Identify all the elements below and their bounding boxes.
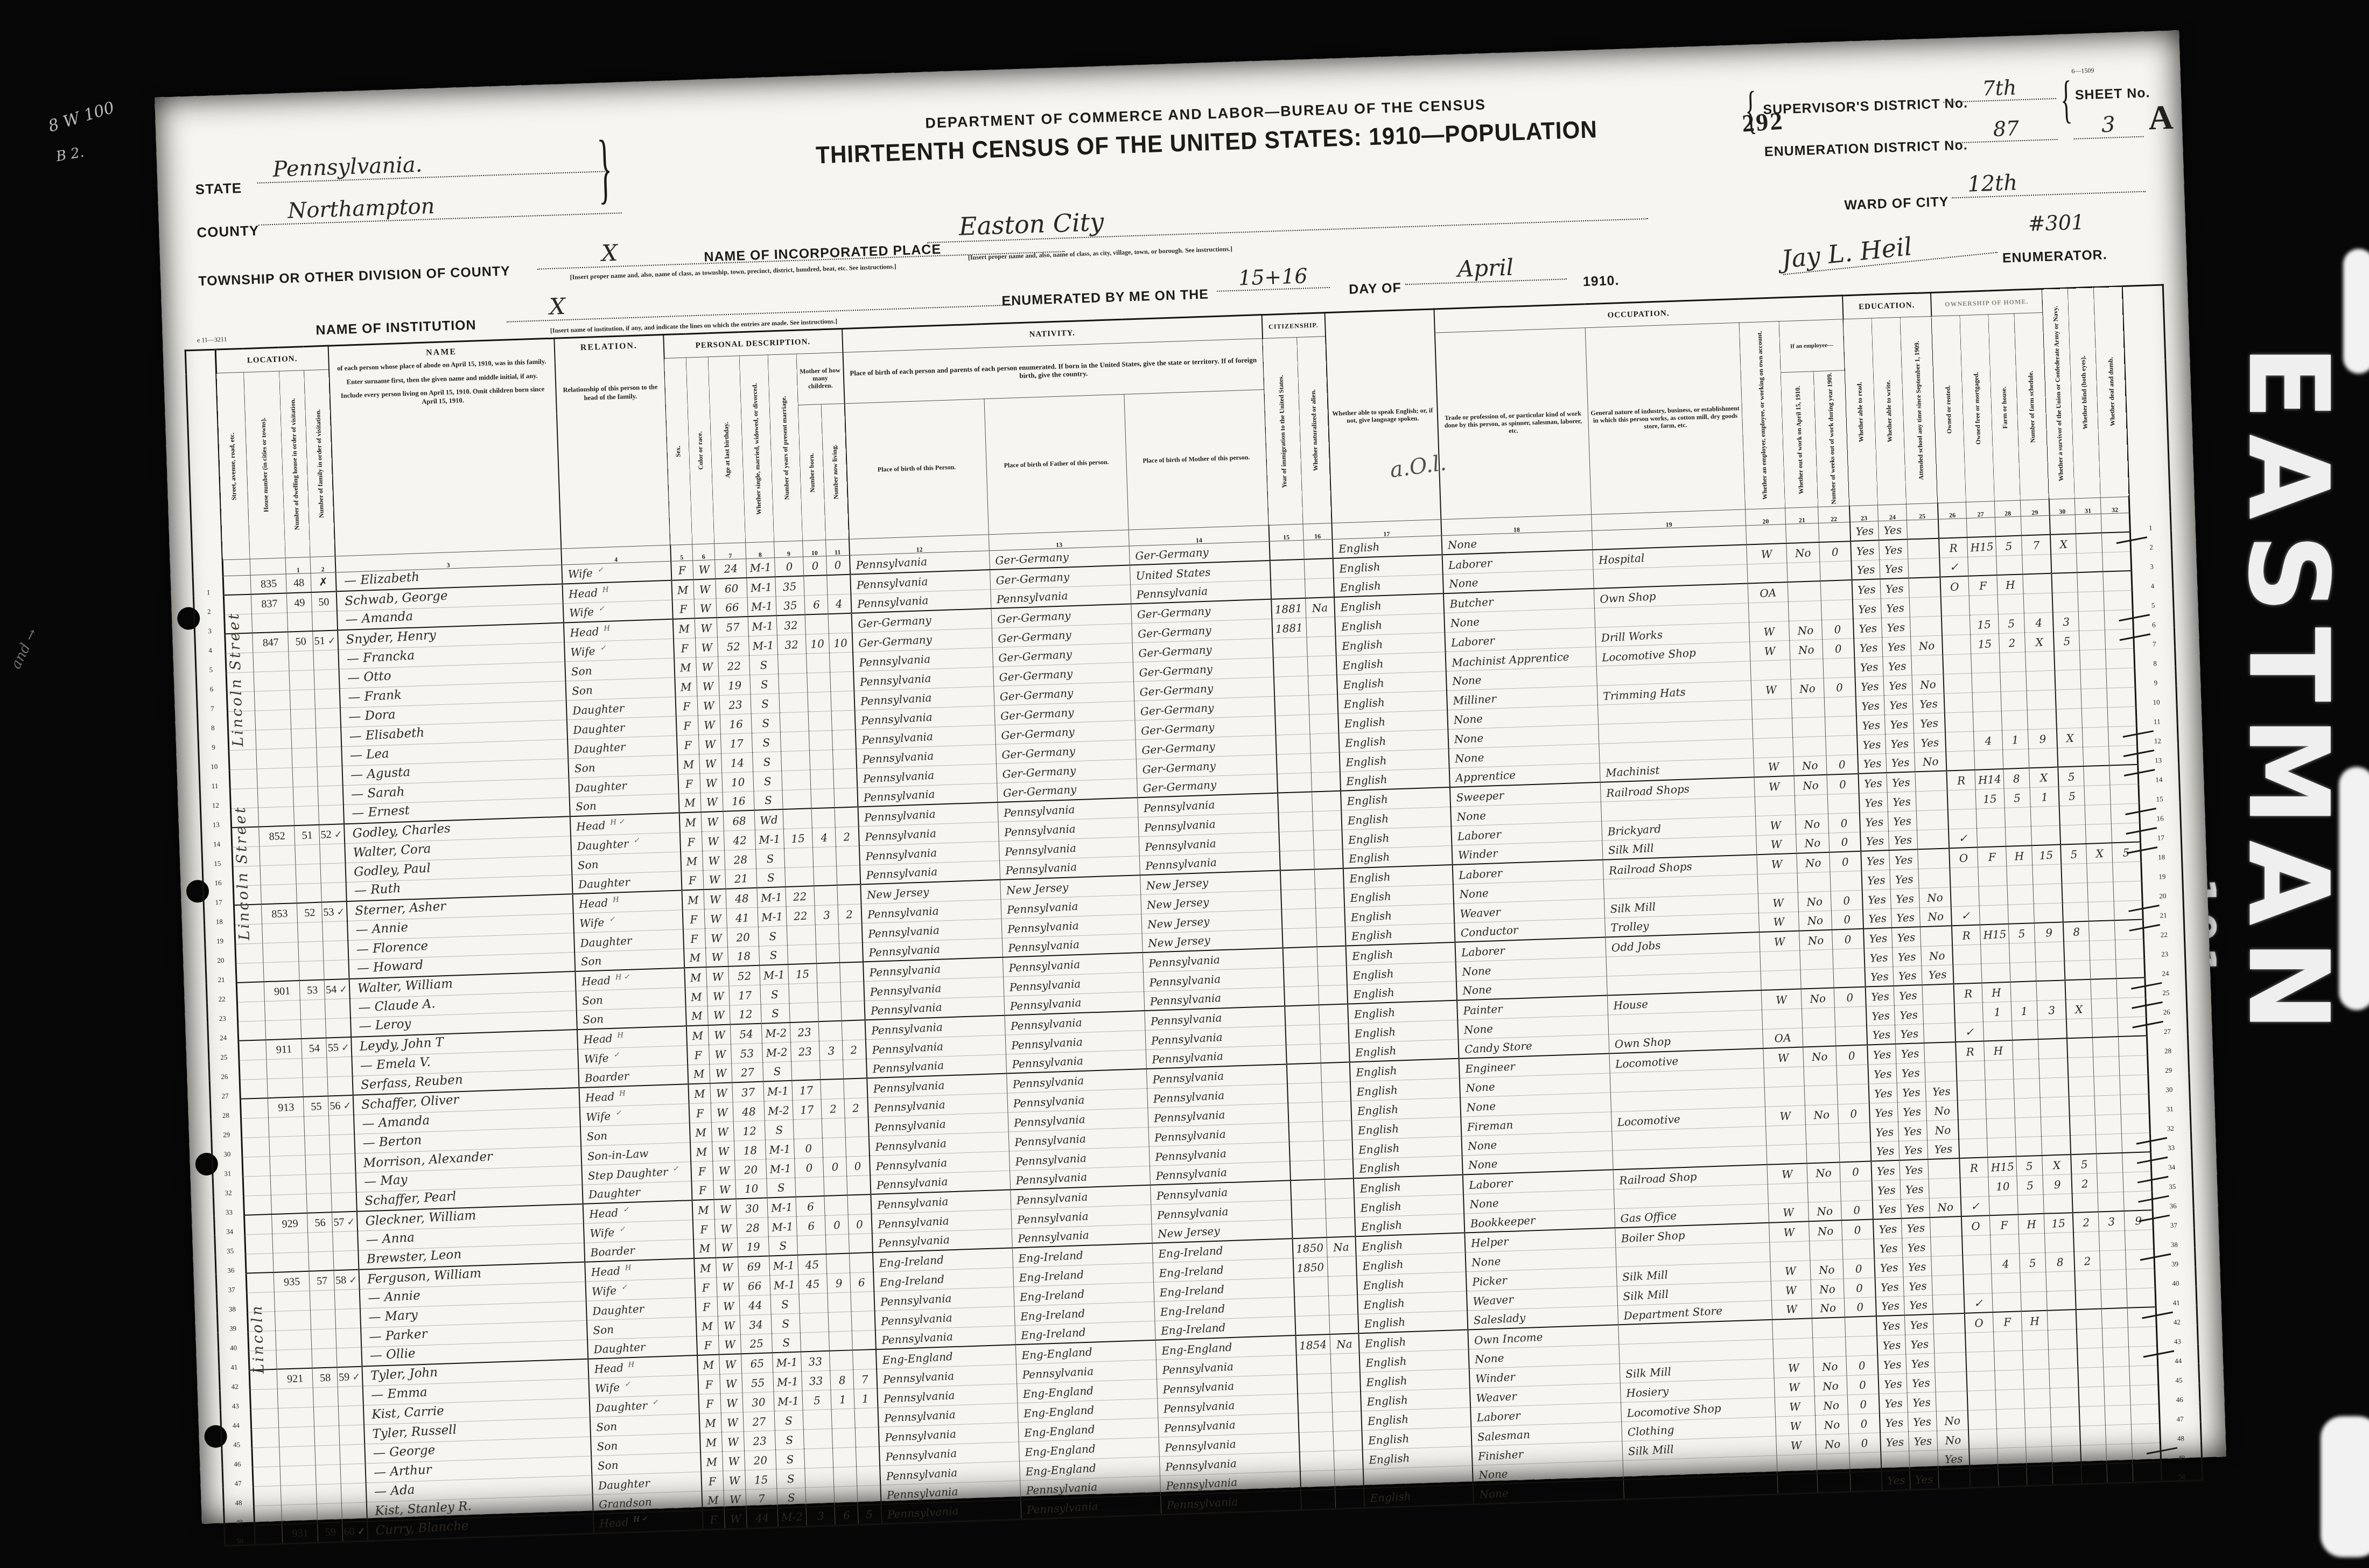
age-cell: 19 (719, 675, 751, 695)
color-cell: W (718, 1334, 741, 1354)
house-number-cell (277, 1388, 313, 1408)
deaf-cell (2107, 687, 2136, 708)
blind-cell (2079, 630, 2106, 650)
weeks-out-cell: 0 (1819, 541, 1851, 562)
color-cell: W (704, 889, 726, 909)
school-cell (1921, 926, 1952, 946)
years-married-cell (782, 769, 811, 790)
read-cell: Yes (1871, 1160, 1900, 1181)
years-married-cell (803, 1409, 832, 1430)
read-cell: Yes (1873, 1219, 1902, 1239)
read-cell: Yes (1868, 1063, 1897, 1084)
family-number-cell (334, 1289, 360, 1310)
years-married-cell (799, 1293, 828, 1313)
street-cell (244, 1214, 272, 1235)
employer-cell: W (1759, 912, 1799, 932)
marital-cell: M-1 (748, 615, 777, 636)
write-cell: Yes (1904, 1295, 1933, 1315)
column-number: 26 (1937, 502, 1966, 519)
survivor-cell (2051, 553, 2077, 573)
line-number-left: 32 (213, 1177, 243, 1197)
family-number-cell (339, 1425, 365, 1445)
weeks-out-cell: 0 (1824, 677, 1855, 697)
out-of-work-cell: No (1799, 930, 1833, 950)
owned-rented-cell (1942, 634, 1971, 655)
owned-rented-cell (1950, 867, 1979, 887)
blind-cell (2085, 804, 2111, 824)
age-cell: 57 (717, 617, 748, 637)
children-living-cell (845, 1136, 869, 1156)
children-born-cell (818, 1021, 842, 1041)
blind-cell (2100, 1250, 2126, 1270)
survivor-cell (2073, 1231, 2100, 1252)
out-of-work-cell (1817, 1453, 1850, 1473)
children-born-cell (833, 1466, 857, 1486)
children-born-cell: 3 (819, 1040, 843, 1060)
free-mortgaged-cell (1978, 866, 2007, 886)
farm-house-cell: 5 (2020, 1252, 2046, 1273)
name-column-header: NAME of each person whose place of abode… (328, 338, 561, 556)
immigration-year-cell (1283, 966, 1318, 986)
line-number-right: 2 (2130, 530, 2172, 551)
house-number-cell (267, 1077, 303, 1098)
house-number-cell (281, 1485, 317, 1505)
age-cell: 54 (730, 1024, 762, 1044)
deaf-cell (2130, 1404, 2160, 1424)
write-cell: Yes (1896, 1062, 1925, 1083)
line-number-right: 24 (2144, 957, 2186, 978)
survivor-cell (2065, 979, 2091, 1000)
dwelling-number-cell (303, 1077, 328, 1097)
children-born-cell: 0 (803, 556, 827, 576)
age-cell: 15 (745, 1469, 777, 1489)
color-cell: W (712, 1141, 734, 1161)
color-cell: W (706, 967, 729, 986)
film-edge-artifact (2321, 1416, 2369, 1557)
line-number-right: 19 (2141, 860, 2183, 881)
line-number-left: 8 (198, 711, 228, 732)
marital-cell: S (775, 1430, 804, 1450)
children-living-cell (836, 846, 859, 866)
street-cell (242, 1137, 270, 1157)
relation-cell: Step Daughter ✓ (581, 1161, 691, 1185)
naturalized-cell (1314, 849, 1343, 870)
marital-cell: M-1 (774, 1391, 803, 1411)
employer-cell: W (1771, 1279, 1811, 1300)
house-number-cell (270, 1155, 306, 1175)
out-of-work-cell (1786, 523, 1819, 543)
children-born-cell (805, 614, 829, 634)
house-number-cell (261, 884, 297, 904)
farm-house-cell: 1 (2011, 1000, 2037, 1021)
out-of-work-cell (1804, 1085, 1838, 1105)
farm-house-cell (2006, 826, 2032, 846)
children-born-cell: 9 (827, 1273, 851, 1293)
read-cell: Yes (1854, 637, 1883, 657)
color-cell: W (704, 908, 727, 928)
children-born-cell (814, 866, 837, 886)
deaf-cell (2103, 571, 2132, 591)
immigration-year-cell (1274, 695, 1309, 716)
marital-cell: S (753, 751, 782, 772)
years-married-cell (781, 750, 810, 771)
house-number-cell (279, 1446, 316, 1466)
age-cell: 52 (728, 965, 760, 986)
survivor-cell: 5 (2058, 766, 2084, 787)
years-married-cell: 35 (775, 576, 804, 597)
free-mortgaged-cell (1968, 556, 1997, 576)
immigration-year-cell: 1881 (1271, 598, 1306, 619)
weeks-out-cell: 0 (1823, 638, 1854, 659)
survivor-cell (2069, 1096, 2095, 1116)
farm-house-cell: H (1997, 575, 2023, 595)
weeks-out-cell: 0 (1827, 774, 1859, 794)
marital-cell: M-1 (766, 1158, 795, 1179)
color-cell: W (702, 831, 724, 851)
age-cell: 20 (735, 1159, 767, 1180)
blind-cell (2104, 1385, 2130, 1406)
blind-cell (2083, 746, 2109, 766)
write-cell: Yes (1908, 1411, 1937, 1432)
age-cell: 7 (746, 1488, 777, 1509)
employer-cell: W (1776, 1434, 1817, 1455)
family-number-cell: 57 ✓ (332, 1212, 357, 1232)
marital-cell: S (776, 1449, 805, 1469)
weeks-out-cell (1835, 1026, 1867, 1046)
free-mortgaged-cell (1989, 1195, 2018, 1216)
farm-schedule-cell (2035, 941, 2064, 962)
naturalized-cell (1316, 907, 1345, 928)
month-value: April (1404, 252, 1567, 285)
weeks-out-cell: 0 (1830, 851, 1861, 872)
marital-cell: M-1 (773, 1371, 802, 1392)
immigration-year-cell (1277, 773, 1312, 793)
immigration-year-cell: 1850 (1293, 1257, 1328, 1277)
free-mortgaged-cell: H15 (1988, 1157, 2017, 1177)
owned-rented-cell (1967, 1390, 1996, 1410)
color-cell: W (717, 1296, 740, 1315)
marital-cell: M-1 (765, 1139, 794, 1159)
pob-mother-cell: Pennsylvania (1161, 1490, 1301, 1515)
employer-cell (1767, 1144, 1807, 1165)
house-number-cell (260, 864, 296, 885)
line-number-right: 9 (2135, 666, 2176, 687)
free-mortgaged-cell (1981, 963, 2010, 983)
farm-schedule-cell (2034, 903, 2063, 923)
immigration-year-cell (1272, 637, 1307, 657)
farm-schedule-cell: X (2042, 1154, 2071, 1175)
weeks-out-cell (1837, 1065, 1868, 1085)
marital-cell: M-2 (777, 1507, 807, 1527)
sex-cell: F (698, 1394, 721, 1413)
dwelling-number-cell: 55 (303, 1096, 328, 1116)
write-cell: Yes (1902, 1237, 1931, 1257)
farm-schedule-cell (2025, 651, 2055, 671)
naturalized-cell (1325, 1178, 1354, 1199)
free-mortgaged-cell: 15 (1975, 788, 2004, 809)
years-married-cell (782, 789, 811, 809)
children-born-cell: 4 (812, 827, 836, 847)
if-employee-header: If an employee— (1779, 319, 1845, 373)
owned-rented-cell (1958, 1118, 1987, 1139)
employer-cell (1764, 1086, 1805, 1107)
deaf-cell (2120, 1094, 2149, 1114)
house-number-cell (251, 613, 288, 633)
margin-cell (192, 559, 223, 577)
survivor-cell (2064, 960, 2091, 981)
pob-mother-column-header: Place of birth of Mother of this person. (1124, 390, 1268, 530)
marital-cell: M-1 (747, 577, 776, 597)
years-married-cell: 32 (777, 634, 806, 655)
farm-schedule-cell (2046, 1290, 2076, 1311)
street-cell (243, 1175, 271, 1196)
owned-rented-cell (1963, 1254, 1992, 1275)
age-cell: 41 (726, 907, 758, 928)
naturalized-cell (1320, 1043, 1349, 1063)
street-cell (252, 1447, 280, 1467)
pob-cell: Pennsylvania (881, 1500, 1021, 1524)
children-living-cell (838, 923, 862, 943)
immigration-year-cell (1291, 1199, 1326, 1219)
children-living-cell (828, 613, 852, 633)
years-married-cell: 23 (790, 1021, 819, 1042)
marital-cell: M-1 (747, 596, 776, 617)
immigration-year-cell (1269, 540, 1304, 561)
write-cell: Yes (1892, 927, 1921, 947)
street-cell (237, 1001, 265, 1021)
age-cell: 66 (716, 597, 748, 618)
dwelling-number-cell (317, 1503, 342, 1523)
weeks-out-cell: 0 (1834, 987, 1866, 1007)
school-cell (1915, 771, 1947, 792)
immigration-year-cell (1289, 1140, 1324, 1161)
out-of-work-cell: No (1798, 891, 1831, 912)
marital-cell: S (752, 732, 781, 752)
sex-cell: M (682, 890, 704, 909)
read-cell: Yes (1872, 1199, 1901, 1220)
house-number-cell (273, 1252, 309, 1272)
column-number: 32 (2100, 496, 2129, 514)
farm-house-cell (2001, 710, 2028, 730)
immigration-year-cell (1285, 1024, 1320, 1045)
marital-cell: S (774, 1410, 803, 1431)
farm-schedule-cell: 1 (2030, 787, 2059, 807)
line-number-left: 30 (212, 1138, 242, 1158)
employer-cell (1764, 1067, 1804, 1087)
sex-cell: M (697, 1355, 720, 1375)
dwelling-number-cell (289, 670, 314, 690)
column-number (250, 558, 286, 575)
naturalized-cell (1309, 694, 1338, 715)
survivor-cell (2060, 824, 2086, 845)
out-of-work-cell (1812, 1317, 1846, 1338)
deaf-cell (2128, 1326, 2157, 1347)
house-number-cell (265, 1019, 302, 1040)
margin-cell (2129, 495, 2170, 513)
weeks-out-cell (1830, 871, 1862, 891)
read-cell: Yes (1872, 1180, 1901, 1200)
farm-house-cell (2014, 1097, 2041, 1118)
age-cell: 16 (720, 713, 752, 734)
survivor-cell (2068, 1076, 2094, 1097)
out-of-work-cell: No (1813, 1356, 1847, 1376)
blind-cell (2084, 785, 2111, 805)
house-number-cell: 852 (259, 825, 295, 846)
family-number-cell (338, 1386, 363, 1406)
read-cell: Yes (1859, 811, 1888, 832)
immigration-year-cell (1285, 1005, 1320, 1025)
family-number-cell (323, 940, 348, 961)
marital-cell: S (763, 1061, 792, 1082)
line-number-left: 22 (206, 983, 237, 1003)
farm-schedule-cell (2042, 1135, 2071, 1156)
free-mortgaged-cell (1992, 1292, 2021, 1312)
children-born-cell (818, 1002, 842, 1021)
line-number-left: 19 (205, 925, 235, 945)
immigration-year-cell (1296, 1354, 1331, 1374)
line-number-left: 28 (210, 1099, 241, 1119)
line-number-right: 29 (2148, 1054, 2189, 1075)
naturalized-cell (1314, 869, 1343, 889)
farm-schedule-cell (2027, 690, 2056, 710)
years-married-cell (795, 1177, 824, 1197)
column-number: 22 (1818, 506, 1850, 523)
marital-cell: S (753, 771, 782, 791)
family-number-cell: 60 ✓ (342, 1522, 368, 1542)
blind-cell (2081, 688, 2107, 709)
children-born-cell (807, 672, 831, 692)
survivor-cell (2055, 669, 2081, 690)
sheet-letter: A (2148, 97, 2174, 138)
farm-schedule-cell (2036, 980, 2065, 1000)
family-number-cell (320, 863, 346, 883)
children-born-cell (809, 730, 832, 750)
dwelling-number-cell (296, 864, 321, 884)
owned-rented-cell (1957, 1099, 1986, 1119)
deaf-cell (2115, 939, 2144, 960)
write-cell: Yes (1898, 1121, 1928, 1141)
farm-house-cell: 5 (2008, 923, 2035, 943)
free-mortgaged-cell (1994, 1331, 2023, 1351)
naturalized-cell (1319, 985, 1348, 1005)
farm-house-cell (2001, 690, 2027, 711)
children-living-cell (837, 865, 860, 885)
free-mortgaged-cell (1976, 808, 2005, 828)
line-number-right: 11 (2136, 705, 2177, 726)
farm-schedule-cell (2023, 573, 2052, 594)
children-living-cell: 5 (858, 1504, 881, 1524)
weeks-out-cell (1825, 716, 1857, 736)
enumeration-district-label: ENUMERATION DISTRICT No. (1764, 138, 1968, 160)
blind-cell (2105, 1424, 2132, 1445)
out-of-work-cell (1813, 1336, 1846, 1357)
color-cell: W (697, 676, 719, 696)
line-number-right: 35 (2151, 1170, 2193, 1191)
color-cell: W (717, 1276, 739, 1296)
sex-cell: M (684, 967, 707, 987)
school-cell (1922, 984, 1954, 1004)
farm-schedule-cell (2050, 1406, 2079, 1427)
out-of-work-cell: No (1814, 1395, 1848, 1415)
dwelling-number-cell (309, 1251, 334, 1271)
sex-cell: M (694, 1258, 717, 1278)
line-number-right: 41 (2155, 1286, 2197, 1307)
line-number-left: 47 (222, 1467, 253, 1488)
marital-cell: M-1 (748, 635, 777, 655)
sex-cell: M (678, 793, 701, 813)
free-mortgaged-cell (1983, 1021, 2012, 1041)
age-cell: 28 (737, 1217, 768, 1238)
naturalized-cell (1319, 1004, 1348, 1025)
immigration-year-cell (1282, 947, 1317, 967)
owned-rented-cell: R (1939, 537, 1968, 558)
farm-schedule-cell: 4 (2024, 612, 2053, 633)
naturalized-cell (1317, 946, 1346, 967)
school-cell: Yes (1913, 713, 1945, 733)
write-cell: Yes (1904, 1314, 1933, 1335)
dwelling-number-cell (315, 1445, 340, 1465)
house-number-cell (274, 1291, 310, 1311)
children-born-cell (808, 691, 831, 711)
write-cell: Yes (1895, 1024, 1924, 1044)
family-number-cell: 59 ✓ (337, 1367, 362, 1387)
weeks-out-cell (1819, 522, 1851, 542)
relation-column-header: RELATION. Relationship of this person to… (554, 335, 670, 549)
naturalized-cell (1323, 1121, 1352, 1141)
line-number-left: 14 (201, 828, 232, 848)
write-cell: Yes (1899, 1140, 1928, 1160)
dwelling-number-cell: 54 (302, 1038, 327, 1059)
blind-cell (2093, 1037, 2119, 1057)
house-number-cell: 901 (264, 981, 300, 1001)
children-living-column-header: Number now living. (821, 403, 849, 540)
deaf-cell (2116, 958, 2145, 979)
column-number: 11 (826, 539, 850, 556)
color-cell: W (708, 1025, 731, 1045)
farm-house-cell: H (2018, 1214, 2044, 1234)
line-number-right: 13 (2137, 744, 2179, 765)
blind-cell (2101, 1308, 2128, 1328)
read-cell: Yes (1858, 753, 1887, 774)
school-cell (1925, 1061, 1957, 1082)
immigration-year-cell (1300, 1470, 1335, 1490)
read-cell: Yes (1865, 967, 1894, 987)
children-living-cell: 0 (846, 1156, 870, 1175)
line-number-right: 33 (2150, 1131, 2192, 1152)
house-number-cell (269, 1116, 305, 1137)
dwelling-number-cell (310, 1309, 335, 1329)
immigration-year-cell: 1881 (1272, 618, 1307, 638)
sex-cell: M (686, 1025, 709, 1045)
free-mortgaged-cell: H (1982, 982, 2011, 1003)
free-mortgaged-cell: 10 (1988, 1176, 2017, 1196)
survivor-cell (2081, 1464, 2107, 1484)
farm-house-cell (2013, 1059, 2039, 1079)
street-cell (229, 769, 257, 789)
naturalized-cell (1334, 1469, 1363, 1489)
children-living-cell (847, 1175, 871, 1195)
sex-cell: F (673, 638, 696, 657)
farm-schedule-cell (2046, 1271, 2075, 1291)
age-cell: 53 (731, 1043, 762, 1063)
write-cell: Yes (1886, 733, 1915, 753)
school-cell: Yes (1928, 1139, 1959, 1159)
naturalized-cell (1322, 1101, 1351, 1122)
employer-cell: W (1760, 931, 1800, 951)
children-born-cell (831, 1408, 855, 1428)
years-married-cell: 15 (788, 963, 817, 984)
column-number: 2 (310, 556, 335, 573)
